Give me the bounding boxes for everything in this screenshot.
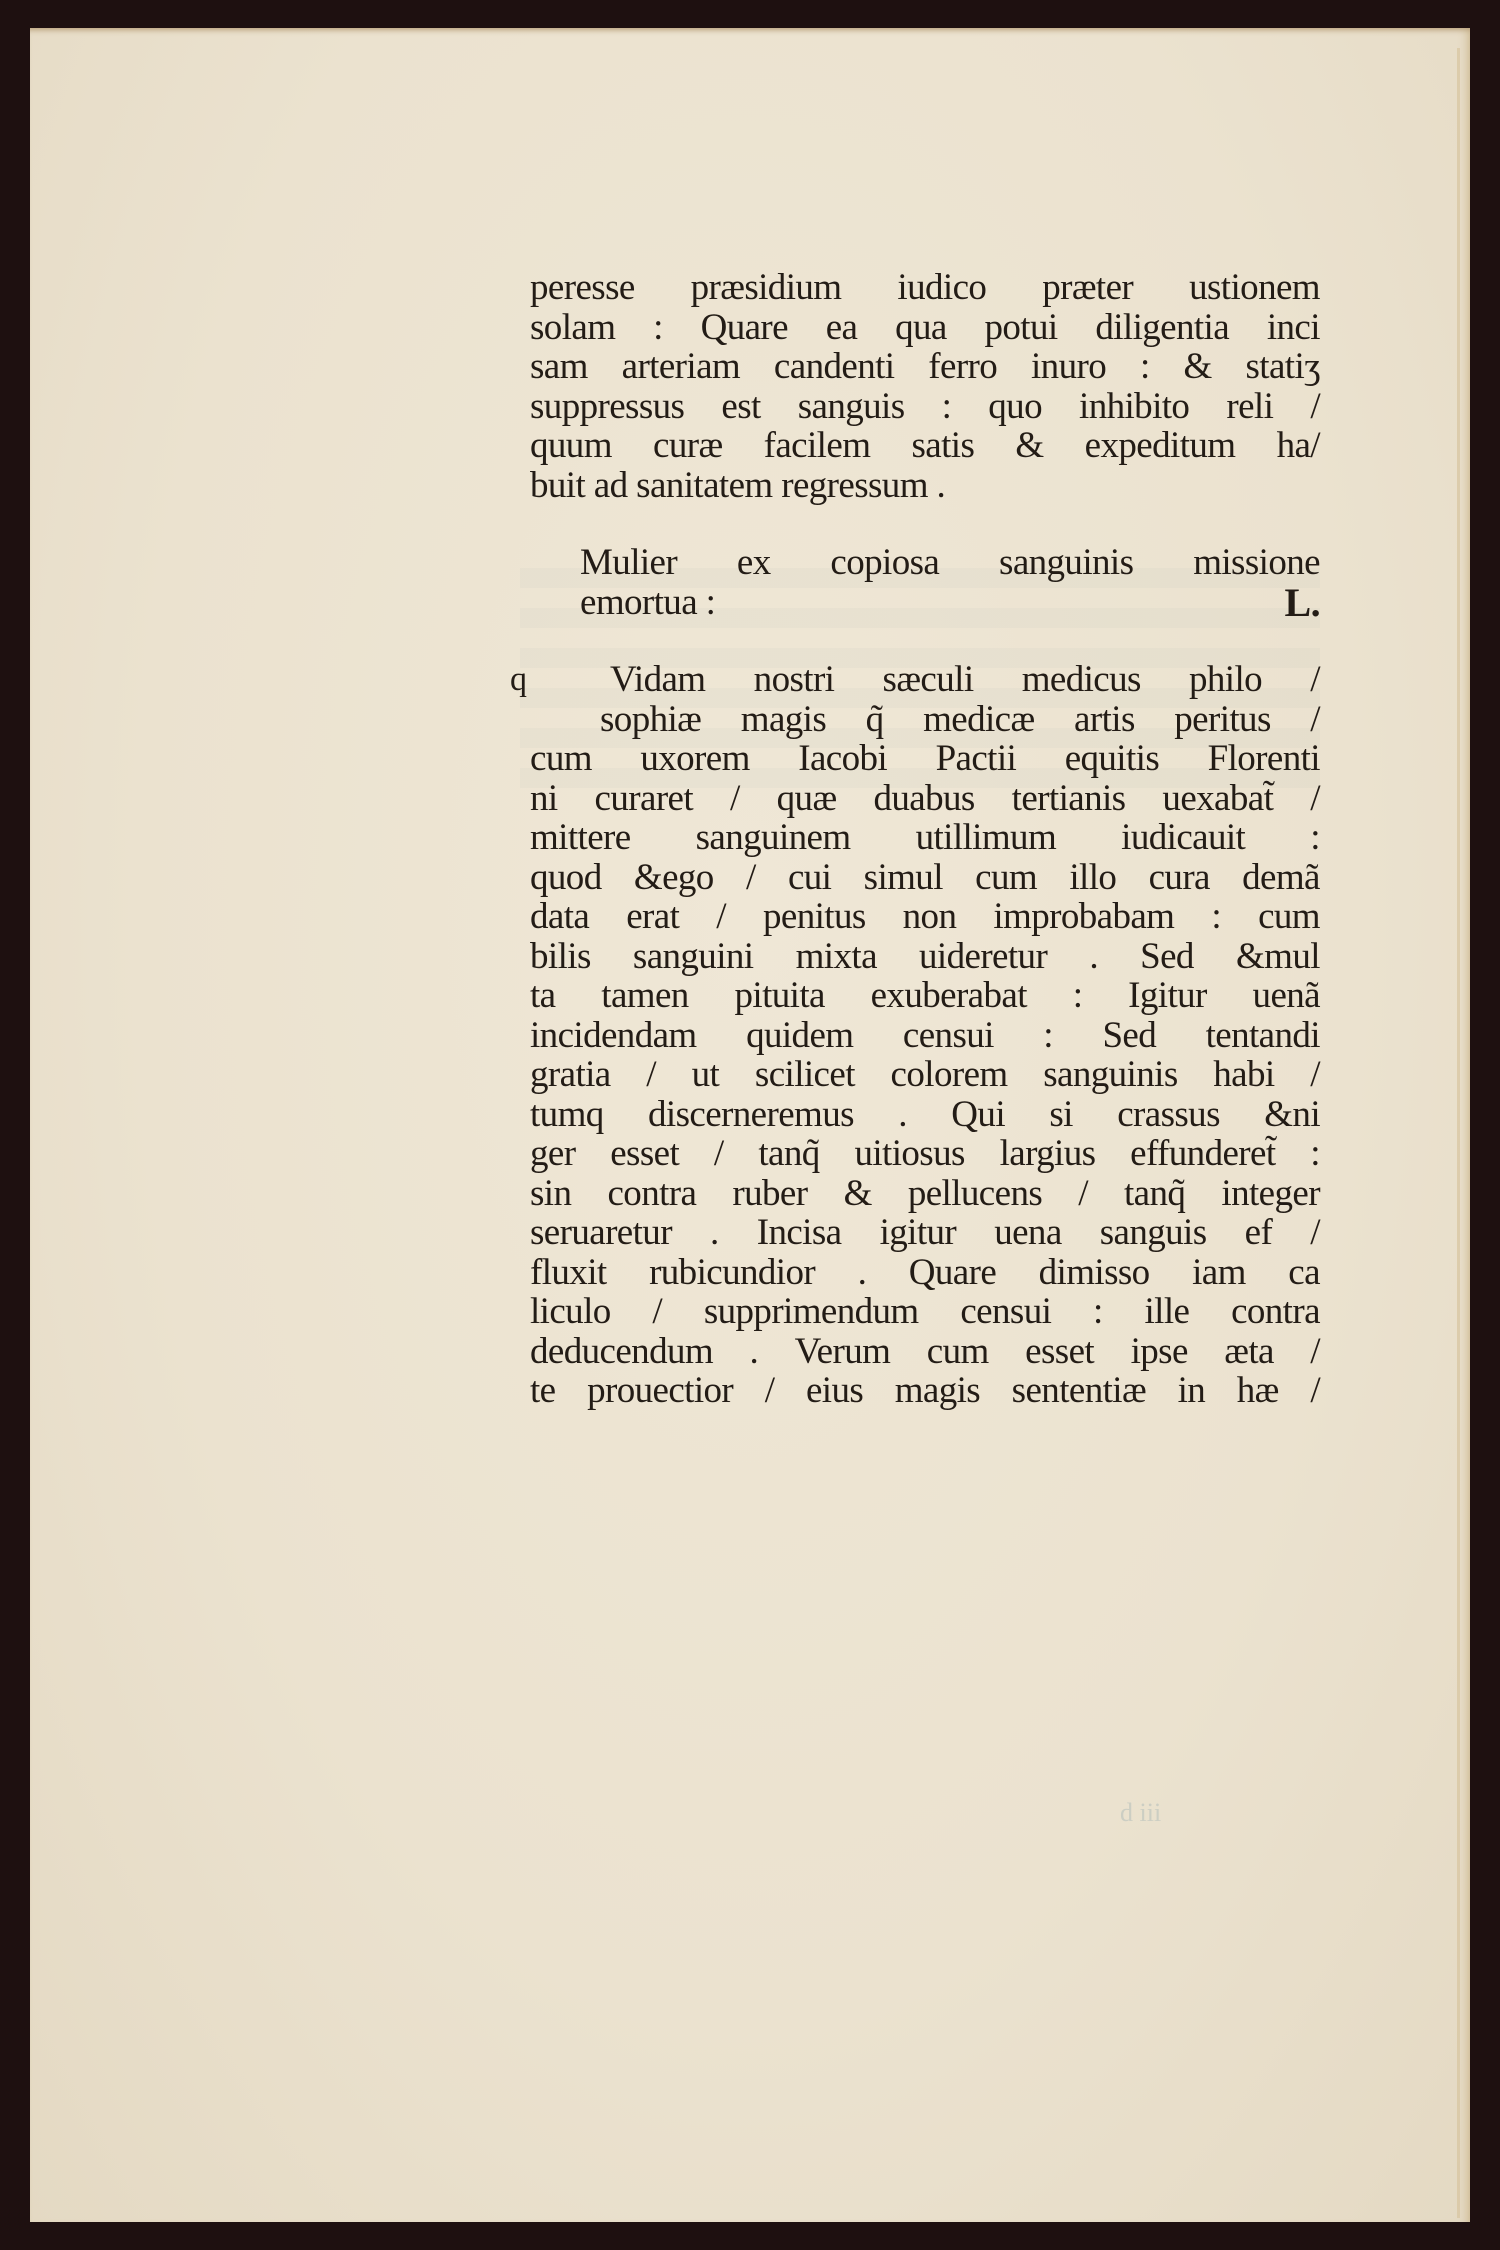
word: penitus: [763, 897, 866, 937]
word: ipse: [1131, 1332, 1188, 1372]
word: /: [646, 1055, 656, 1095]
word: cum: [927, 1332, 989, 1372]
word: /: [1078, 1174, 1088, 1214]
word: /: [1310, 1332, 1320, 1372]
word: nostri: [754, 660, 835, 700]
word: supprimendum: [704, 1292, 919, 1332]
text-line: deducendum.Verumcumessetipseæta/: [500, 1332, 1320, 1372]
word: :: [1310, 818, 1320, 858]
word: incidendam: [530, 1016, 697, 1056]
word: peresse: [530, 268, 635, 308]
word: /: [1310, 1371, 1320, 1411]
word: /: [1310, 1055, 1320, 1095]
word: sanguinis: [1043, 1055, 1177, 1095]
word: /: [652, 1292, 662, 1332]
word: Verum: [795, 1332, 891, 1372]
book-page: peressepræsidiumiudicopræterustionem sol…: [30, 28, 1470, 2222]
word: uexabat̃: [1162, 779, 1273, 819]
word: prouectior: [587, 1371, 733, 1411]
text-line: quumcuræfacilemsatis&expeditumha/: [500, 426, 1320, 466]
word: ustionem: [1189, 268, 1320, 308]
word: Sed: [1102, 1016, 1156, 1056]
word: esset: [1025, 1332, 1094, 1372]
word: utillimum: [916, 818, 1057, 858]
word: ha/: [1277, 426, 1320, 466]
word: .: [710, 1213, 719, 1253]
page-edge: [1457, 48, 1460, 2218]
word: uideretur: [919, 937, 1047, 977]
text-line: liculo/supprimendumcensui:illecontra: [500, 1292, 1320, 1332]
word: statiʒ: [1245, 347, 1319, 387]
word: contra: [607, 1174, 696, 1214]
word: æta: [1224, 1332, 1274, 1372]
word: crassus: [1117, 1095, 1220, 1135]
word: sanguinis: [999, 543, 1133, 583]
word: habi: [1213, 1055, 1274, 1095]
text-line: sincontraruber&pellucens/tanq̃integer: [500, 1174, 1320, 1214]
word: eius: [806, 1371, 863, 1411]
word: peritus: [1174, 700, 1271, 740]
word: expeditum: [1085, 426, 1236, 466]
word: fluxit: [530, 1253, 607, 1293]
word: sanguini: [633, 937, 754, 977]
word: medicus: [1022, 660, 1141, 700]
text-line: buit ad sanitatem regressum .: [500, 466, 1320, 506]
word: tamen: [601, 976, 688, 1016]
word: illo: [1069, 858, 1116, 898]
text-block: peressepræsidiumiudicopræterustionem sol…: [500, 268, 1320, 1411]
word: si: [1049, 1095, 1072, 1135]
word: cum: [530, 739, 592, 779]
word: ruber: [732, 1174, 807, 1214]
paragraph-2: q Vidamnostrisæculimedicusphilo/ sophiæm…: [500, 660, 1320, 1411]
word: .: [898, 1095, 907, 1135]
word: :: [1211, 897, 1221, 937]
word: demã: [1242, 858, 1320, 898]
word: largius: [1000, 1134, 1096, 1174]
word: quidem: [746, 1016, 853, 1056]
word: /: [1310, 387, 1320, 427]
word: in: [1178, 1371, 1206, 1411]
word: :: [942, 387, 952, 427]
word: .: [858, 1253, 867, 1293]
word: censui: [960, 1292, 1051, 1332]
word: qua: [895, 308, 947, 348]
guide-letter: q: [500, 660, 580, 700]
word: uitiosus: [854, 1134, 964, 1174]
word: inuro: [1031, 347, 1106, 387]
word: facilem: [764, 426, 871, 466]
text-line: tatamenpituitaexuberabat:Igituruenã: [500, 976, 1320, 1016]
word: ut: [692, 1055, 720, 1095]
text-line: nicuraret/quæduabustertianisuexabat̃/: [500, 779, 1320, 819]
word: potui: [985, 308, 1058, 348]
word: quum: [530, 426, 612, 466]
word: q̃: [866, 700, 884, 740]
word: curæ: [653, 426, 723, 466]
word: Quare: [909, 1253, 996, 1293]
word: reli: [1226, 387, 1273, 427]
word: satis: [911, 426, 974, 466]
word: Qui: [951, 1095, 1005, 1135]
word: tentandi: [1206, 1016, 1320, 1056]
word: solam: [530, 308, 615, 348]
word: magis: [741, 700, 826, 740]
word: /: [1310, 660, 1320, 700]
text-line: solam:Quareeaquapotuidiligentiainci: [500, 308, 1320, 348]
word: duabus: [873, 779, 974, 819]
word: sanguis: [798, 387, 905, 427]
text-line: sophiæmagisq̃medicæartisperitus/: [500, 700, 1320, 740]
word: .: [1089, 937, 1098, 977]
text-line: bilissanguinimixtauideretur.Sed&mul: [500, 937, 1320, 977]
text-line: incidendamquidemcensui:Sedtentandi: [500, 1016, 1320, 1056]
word: &mul: [1236, 937, 1320, 977]
word: Pactii: [936, 739, 1017, 779]
word: te: [530, 1371, 556, 1411]
text-line: teprouectior/eiusmagissententiæinhæ/: [500, 1371, 1320, 1411]
word: sententiæ: [1012, 1371, 1146, 1411]
heading-line: Mulierexcopiosasanguinismissione: [500, 543, 1320, 583]
text-line: seruaretur.Incisaigituruenasanguisef/: [500, 1213, 1320, 1253]
word: tanq̃: [1124, 1174, 1185, 1214]
word: :: [1073, 976, 1083, 1016]
word: iudicauit: [1121, 818, 1245, 858]
word: Florenti: [1208, 739, 1320, 779]
word: iudico: [897, 268, 986, 308]
text-line: gratia/utscilicetcoloremsanguinishabi/: [500, 1055, 1320, 1095]
word: integer: [1221, 1174, 1320, 1214]
word: inhibito: [1079, 387, 1189, 427]
word: est: [721, 387, 760, 427]
text-line: samarteriamcandentiferroinuro:&statiʒ: [500, 347, 1320, 387]
word: diligentia: [1095, 308, 1229, 348]
word: non: [903, 897, 957, 937]
word: /: [716, 897, 726, 937]
word: Sed: [1140, 937, 1194, 977]
word: præter: [1042, 268, 1133, 308]
word: sin: [530, 1174, 571, 1214]
chapter-number: L.: [1285, 583, 1320, 623]
word: simul: [864, 858, 943, 898]
text-line: cumuxoremIacobiPactiiequitisFlorenti: [500, 739, 1320, 779]
text-line: tumqdiscerneremus.Quisicrassus&ni: [500, 1095, 1320, 1135]
word: /: [746, 858, 756, 898]
word: sanguis: [1100, 1213, 1207, 1253]
word: cum: [1258, 897, 1320, 937]
word: &: [844, 1174, 872, 1214]
word: quæ: [777, 779, 837, 819]
word: ca: [1288, 1253, 1320, 1293]
text-line: peressepræsidiumiudicopræterustionem: [500, 268, 1320, 308]
text-line: quod&ego/cuisimulcumillocurademã: [500, 858, 1320, 898]
word: cura: [1149, 858, 1210, 898]
word: uenã: [1253, 976, 1320, 1016]
word: sophiæ: [600, 700, 701, 740]
word: :: [1140, 347, 1150, 387]
word: ferro: [928, 347, 997, 387]
word: /: [1310, 1213, 1320, 1253]
word: Incisa: [757, 1213, 842, 1253]
word: suppressus: [530, 387, 684, 427]
word: mittere: [530, 818, 631, 858]
word: rubicundior: [649, 1253, 815, 1293]
word: iam: [1192, 1253, 1246, 1293]
word: gratia: [530, 1055, 611, 1095]
word: &: [1015, 426, 1043, 466]
word: exuberabat: [871, 976, 1027, 1016]
word: colorem: [891, 1055, 1008, 1095]
word: Quare: [701, 308, 788, 348]
word: data: [530, 897, 589, 937]
word: artis: [1074, 700, 1135, 740]
word: /: [1310, 779, 1320, 819]
text-line: fluxitrubicundior.Quaredimissoiamca: [500, 1253, 1320, 1293]
chapter-heading: Mulierexcopiosasanguinismissione emortua…: [500, 543, 1320, 622]
heading-line: emortua : L.: [500, 583, 1320, 623]
word: arteriam: [622, 347, 740, 387]
word: Mulier: [580, 543, 677, 583]
word: mixta: [796, 937, 877, 977]
word: sanguinem: [696, 818, 851, 858]
word: esset: [610, 1134, 679, 1174]
word: magis: [895, 1371, 980, 1411]
word: &ego: [634, 858, 714, 898]
text-line: geresset/tanq̃uitiosuslargiuseffunderet̃…: [500, 1134, 1320, 1174]
word: &ni: [1264, 1095, 1320, 1135]
word: tanq̃: [758, 1134, 819, 1174]
word: ex: [737, 543, 771, 583]
word: ta: [530, 976, 556, 1016]
word: &: [1183, 347, 1211, 387]
word: quo: [988, 387, 1042, 427]
word: :: [1310, 1134, 1320, 1174]
word: deducendum: [530, 1332, 713, 1372]
paragraph-1: peressepræsidiumiudicopræterustionem sol…: [500, 268, 1320, 505]
word: medicæ: [923, 700, 1034, 740]
word: philo: [1189, 660, 1262, 700]
word: ille: [1144, 1292, 1189, 1332]
word: candenti: [774, 347, 895, 387]
word: uxorem: [640, 739, 749, 779]
word: ger: [530, 1134, 575, 1174]
word: copiosa: [830, 543, 939, 583]
word: dimisso: [1039, 1253, 1150, 1293]
word: /: [1310, 700, 1320, 740]
text-line: mitteresanguinemutillimumiudicauit:: [500, 818, 1320, 858]
word: præsidium: [691, 268, 842, 308]
word: tertianis: [1012, 779, 1126, 819]
word: .: [750, 1332, 759, 1372]
word: ef: [1245, 1213, 1273, 1253]
word: scilicet: [755, 1055, 855, 1095]
word: effunderet̃: [1130, 1134, 1275, 1174]
word: liculo: [530, 1292, 611, 1332]
text-line: suppressusestsanguis:quoinhibitoreli/: [500, 387, 1320, 427]
word: igitur: [880, 1213, 957, 1253]
text-line: dataerat/penitusnonimprobabam:cum: [500, 897, 1320, 937]
word: :: [1093, 1292, 1103, 1332]
word: Iacobi: [798, 739, 887, 779]
word: improbabam: [993, 897, 1174, 937]
word: Igitur: [1128, 976, 1207, 1016]
word: ea: [826, 308, 858, 348]
word: sam: [530, 347, 588, 387]
word: curaret: [595, 779, 694, 819]
word: cum: [975, 858, 1037, 898]
word: pituita: [734, 976, 824, 1016]
signature-mark: d iii: [1120, 1798, 1161, 1828]
word: seruaretur: [530, 1213, 672, 1253]
word: censui: [903, 1016, 994, 1056]
word: discerneremus: [648, 1095, 854, 1135]
word: Vidam: [610, 660, 705, 700]
word: /: [714, 1134, 724, 1174]
word: :: [1043, 1016, 1053, 1056]
word: :: [653, 308, 663, 348]
word: hæ: [1237, 1371, 1279, 1411]
word: pellucens: [908, 1174, 1042, 1214]
word: contra: [1231, 1292, 1320, 1332]
word: ni: [530, 779, 558, 819]
word: missione: [1193, 543, 1320, 583]
word: /: [765, 1371, 775, 1411]
word: tumq: [530, 1095, 604, 1135]
word: erat: [626, 897, 679, 937]
word: equitis: [1065, 739, 1159, 779]
word: sæculi: [883, 660, 974, 700]
text-line: q Vidamnostrisæculimedicusphilo/: [500, 660, 1320, 700]
word: inci: [1267, 308, 1320, 348]
word: uena: [994, 1213, 1061, 1253]
word: /: [730, 779, 740, 819]
text-line-content: Vidamnostrisæculimedicusphilo/: [580, 660, 1320, 700]
word: cui: [788, 858, 831, 898]
heading-text: emortua :: [580, 583, 715, 623]
word: quod: [530, 858, 602, 898]
word: bilis: [530, 937, 591, 977]
